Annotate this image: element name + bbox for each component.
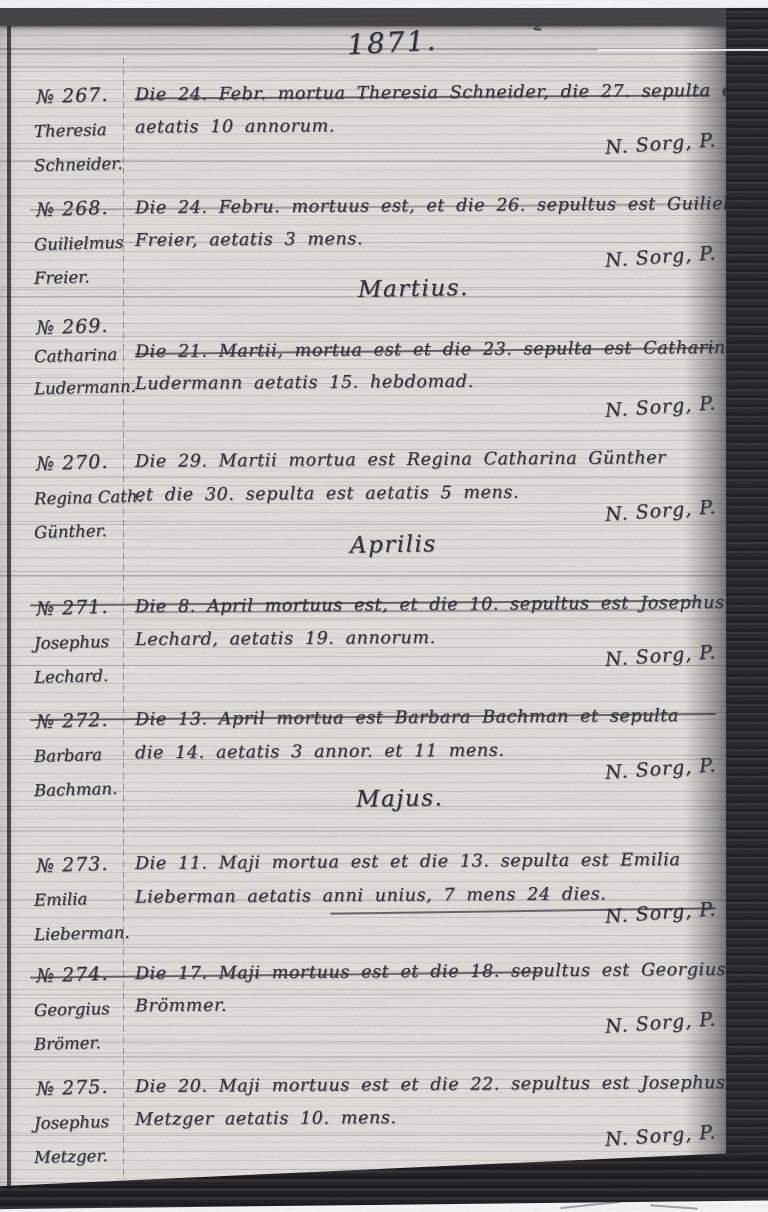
register-entry-273: № 273. Emilia Lieberman. Die 11. Maji mo… [30, 852, 730, 962]
entry-margin-name: Josephus [34, 632, 110, 653]
entry-record-line2: Lieberman aetatis anni unius, 7 mens 24 … [135, 884, 607, 907]
entry-record-line1: Die 24. Febru. mortuus est, et die 26. s… [135, 194, 768, 218]
bottom-edge-mark [650, 1204, 698, 1209]
ruled-line [0, 66, 740, 68]
priest-signature: N. Sorg, P. [604, 496, 717, 526]
entry-margin-surname: Ludermann. [34, 377, 136, 399]
entry-record-line2: et die 30. sepulta est aetatis 5 mens. [135, 483, 519, 506]
entry-record-line1: Die 29. Martii mortua est Regina Cathari… [135, 448, 666, 472]
scan-white-line [598, 49, 768, 51]
entry-margin-surname: Lieberman. [34, 923, 130, 944]
entry-record-line1: Die 24. Febr. mortua Theresia Schneider,… [135, 81, 756, 105]
entry-record-line1: Die 21. Martii, mortua est et die 23. se… [135, 338, 737, 362]
priest-signature: N. Sorg, P. [604, 242, 717, 272]
entry-number: № 275. [36, 1076, 109, 1101]
ruled-line [0, 575, 730, 577]
register-entry-270: № 270. Regina Cath. Günther. Die 29. Mar… [30, 450, 730, 560]
entry-margin-name: Theresia [34, 120, 107, 141]
entry-record-line2: Freier, aetatis 3 mens. [135, 229, 363, 251]
entry-number: № 274. [36, 963, 109, 988]
priest-signature: N. Sorg, P. [604, 754, 717, 784]
entry-record-line2: Ludermann aetatis 15. hebdomad. [135, 372, 474, 394]
entry-margin-surname: Bachman. [34, 779, 118, 800]
entry-margin-name: Josephus [34, 1112, 110, 1133]
entry-record-line2: Brömmer. [135, 996, 227, 1017]
register-entry-272: № 272. Barbara Bachman. Die 13. April mo… [30, 708, 730, 818]
entry-margin-name: Emilia [34, 889, 88, 909]
entry-number: № 268. [36, 197, 109, 222]
register-entry-271: № 271. Josephus Lechard. Die 8. April mo… [30, 595, 730, 705]
priest-signature: N. Sorg, P. [604, 129, 717, 159]
scan-border-left [7, 26, 11, 1190]
entry-margin-surname: Metzger. [34, 1146, 108, 1167]
priest-signature: N. Sorg, P. [604, 898, 717, 928]
entry-margin-name: Catharina [34, 345, 118, 366]
entry-number: № 270. [36, 451, 109, 476]
entry-record-line1: Die 20. Maji mortuus est et die 22. sepu… [135, 1073, 726, 1097]
entry-record-line2: aetatis 10 annorum. [135, 116, 335, 137]
scan-border-top [0, 8, 768, 26]
ruled-line [0, 830, 730, 832]
entry-record-line2: die 14. aetatis 3 annor. et 11 mens. [135, 741, 505, 764]
register-entry-268: № 268. Guilielmus Freier. Die 24. Febru.… [30, 196, 730, 306]
priest-signature: N. Sorg, P. [604, 1008, 717, 1038]
priest-signature: N. Sorg, P. [604, 1121, 717, 1151]
priest-signature: N. Sorg, P. [604, 641, 717, 671]
register-entry-269: № 269. Catharina Ludermann. Die 21. Mart… [30, 316, 730, 426]
year-title: 1871. [346, 24, 438, 62]
entry-number: № 269. [36, 315, 109, 340]
entry-number: № 271. [36, 596, 109, 621]
entry-record-line1: Die 17. Maji mortuus est et die 18. sepu… [135, 960, 726, 984]
register-entry-267: № 267. Theresia Schneider. Die 24. Febr.… [30, 83, 730, 193]
entry-record-line1: Die 11. Maji mortua est et die 13. sepul… [135, 850, 681, 874]
entry-margin-name: Guilielmus [34, 233, 124, 254]
entry-margin-name: Regina Cath. [34, 487, 143, 509]
entry-margin-surname: Lechard. [34, 666, 109, 687]
entry-record-line2: Metzger aetatis 10. mens. [135, 1108, 397, 1130]
entry-number: № 267. [36, 84, 109, 109]
entry-number: № 272. [36, 709, 109, 734]
register-entry-274: № 274. Georgius Brömer. Die 17. Maji mor… [30, 962, 730, 1072]
scanned-register-page: 1871. 2 Martius. Aprilis Majus. № 267. T… [0, 0, 768, 1212]
entry-margin-name: Georgius [34, 999, 110, 1020]
entry-record-line1: Die 13. April mortua est Barbara Bachman… [135, 706, 679, 730]
entry-margin-surname: Schneider. [34, 154, 123, 175]
entry-margin-surname: Günther. [34, 521, 107, 542]
entry-number: № 273. [36, 853, 109, 878]
entry-record-line1: Die 8. April mortuus est, et die 10. sep… [135, 593, 725, 617]
scan-border-right [726, 8, 768, 1180]
entry-record-line2: Lechard, aetatis 19. annorum. [135, 628, 436, 650]
entry-margin-surname: Brömer. [34, 1033, 101, 1054]
entry-margin-name: Barbara [34, 745, 102, 766]
priest-signature: N. Sorg, P. [604, 392, 717, 422]
entry-margin-surname: Freier. [34, 267, 90, 287]
